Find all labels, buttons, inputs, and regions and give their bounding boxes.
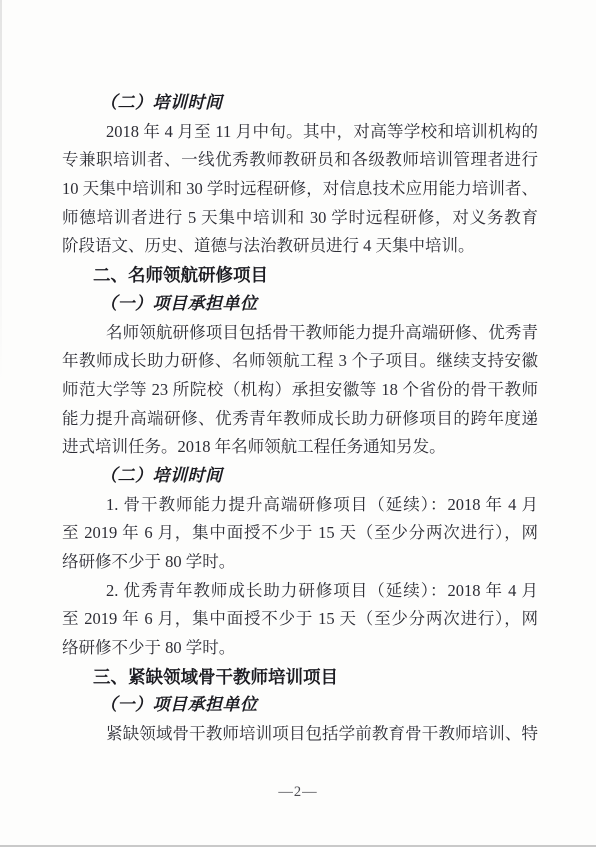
text-line: 络研修不少于 80 学时。 xyxy=(62,548,538,577)
page-number: —2— xyxy=(0,784,596,801)
document-lines: （二）培训时间2018 年 4 月至 11 月中旬。其中，对高等学校和培训机构的… xyxy=(62,89,538,749)
heading-line: （一）项目承担单位 xyxy=(62,691,538,720)
heading-line: （二）培训时间 xyxy=(62,89,538,118)
text-line: 名师领航研修项目包括骨干教师能力提升高端研修、优秀青 xyxy=(62,319,538,348)
text-line: 1. 骨干教师能力提升高端研修项目（延续）：2018 年 4 月 xyxy=(62,491,538,520)
document-body: （二）培训时间2018 年 4 月至 11 月中旬。其中，对高等学校和培训机构的… xyxy=(62,89,538,749)
text-line: 2018 年 4 月至 11 月中旬。其中，对高等学校和培训机构的 xyxy=(62,118,538,147)
heading-line: 二、名师领航研修项目 xyxy=(62,261,538,290)
text-line: 师德培训者进行 5 天集中培训和 30 学时远程研修，对义务教育 xyxy=(62,204,538,233)
text-line: 至 2019 年 6 月，集中面授不少于 15 天（至少分两次进行），网 xyxy=(62,605,538,634)
text-line: 紧缺领域骨干教师培训项目包括学前教育骨干教师培训、特 xyxy=(62,720,538,749)
text-line: 能力提升高端研修、优秀青年教师成长助力研修项目的跨年度递 xyxy=(62,405,538,434)
text-line: 10 天集中培训和 30 学时远程研修，对信息技术应用能力培训者、 xyxy=(62,175,538,204)
text-line: 专兼职培训者、一线优秀教师教研员和各级教师培训管理者进行 xyxy=(62,146,538,175)
text-line: 师范大学等 23 所院校（机构）承担安徽等 18 个省份的骨干教师 xyxy=(62,376,538,405)
text-line: 络研修不少于 80 学时。 xyxy=(62,634,538,663)
text-line: 年教师成长助力研修、名师领航工程 3 个子项目。继续支持安徽 xyxy=(62,347,538,376)
text-line: 2. 优秀青年教师成长助力研修项目（延续）：2018 年 4 月 xyxy=(62,577,538,606)
heading-line: 三、紧缺领域骨干教师培训项目 xyxy=(62,663,538,692)
heading-line: （一）项目承担单位 xyxy=(62,290,538,319)
text-line: 阶段语文、历史、道德与法治教研员进行 4 天集中培训。 xyxy=(62,232,538,261)
scanned-document-page: （二）培训时间2018 年 4 月至 11 月中旬。其中，对高等学校和培训机构的… xyxy=(0,0,596,847)
text-line: 至 2019 年 6 月，集中面授不少于 15 天（至少分两次进行），网 xyxy=(62,519,538,548)
scan-left-edge-artifact xyxy=(0,0,2,847)
heading-line: （二）培训时间 xyxy=(62,462,538,491)
text-line: 进式培训任务。2018 年名师领航工程任务通知另发。 xyxy=(62,433,538,462)
